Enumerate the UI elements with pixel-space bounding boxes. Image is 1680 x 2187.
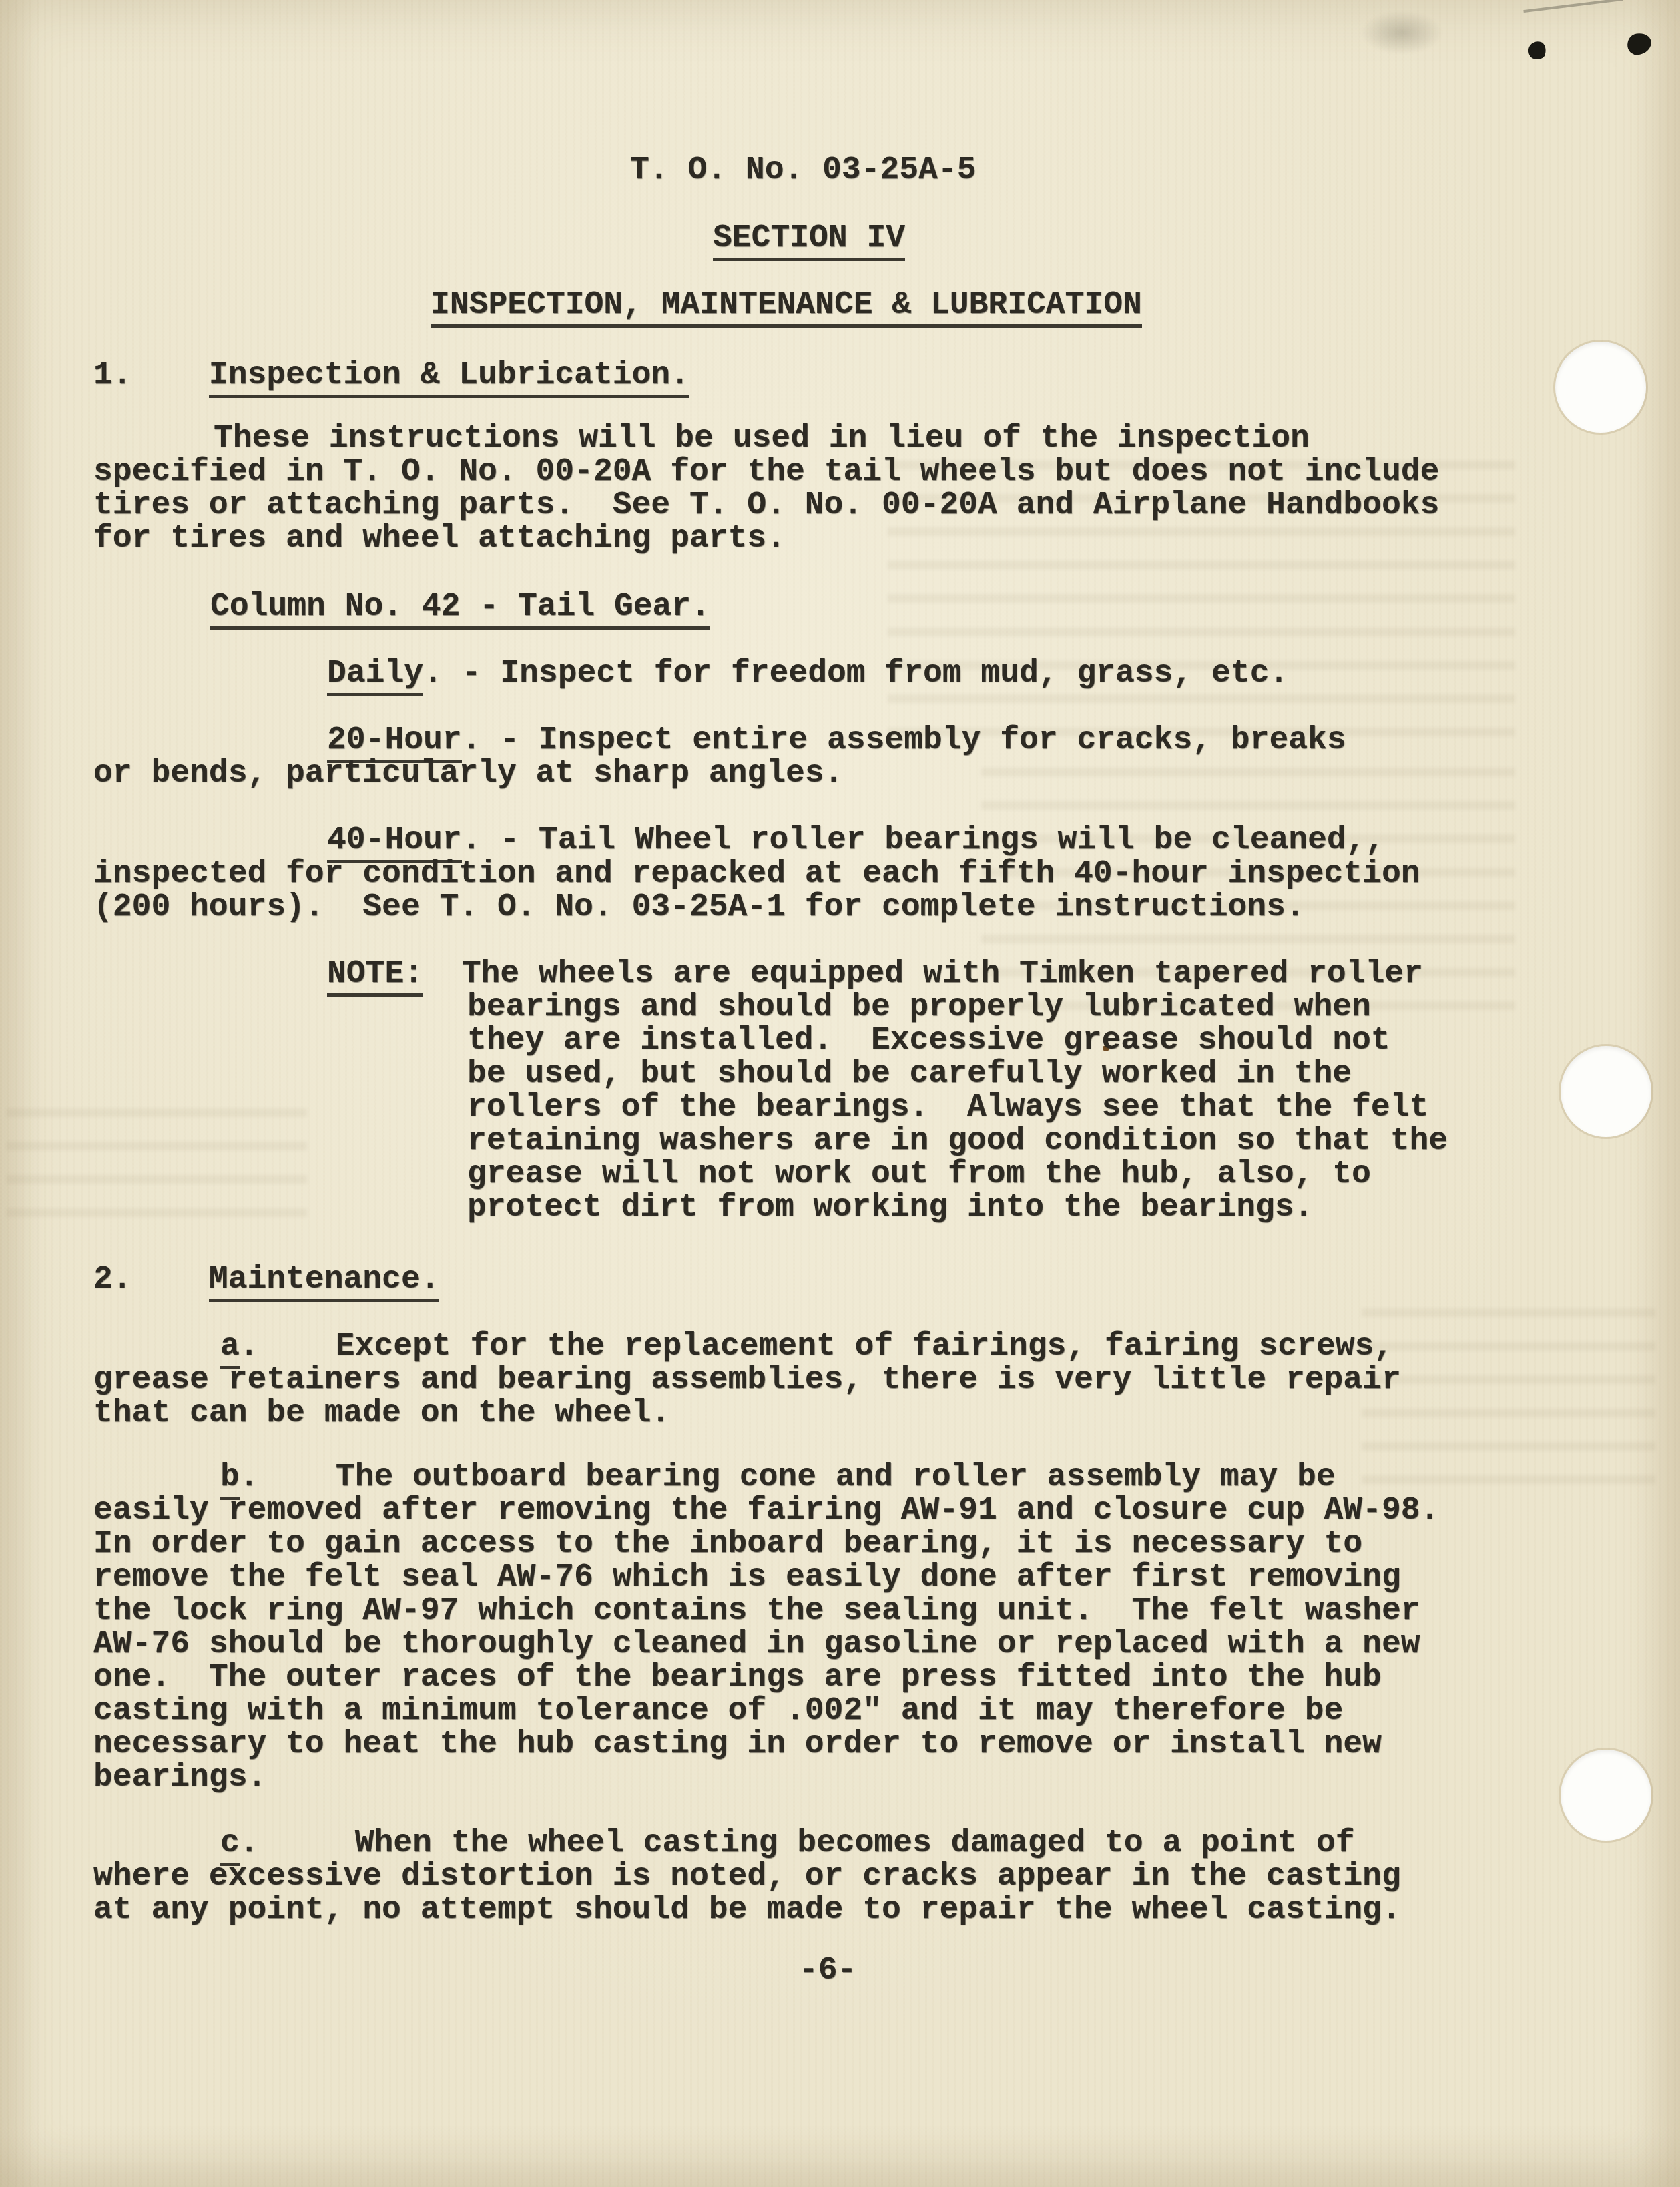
text-segment: bearings and should be properly lubricat…: [467, 989, 1371, 1025]
ink-blot: [1526, 39, 1548, 61]
ink-blot: [1626, 32, 1653, 57]
note-line-7: grease will not work out from the hub, a…: [467, 1158, 1371, 1191]
text-segment: tires or attaching parts. See T. O. No. …: [93, 487, 1439, 523]
para-b-line-6: AW-76 should be thoroughly cleaned in ga…: [93, 1628, 1420, 1661]
text-segment: bearings.: [93, 1760, 266, 1796]
page-title-text: INSPECTION, MAINTENANCE & LUBRICATION: [431, 287, 1142, 328]
pencil-smudge: [1345, 3, 1458, 63]
text-segment: protect dirt from working into the beari…: [467, 1190, 1313, 1226]
note-line-5: rollers of the bearings. Always see that…: [467, 1091, 1428, 1124]
para-b-line-7: one. The outer races of the bearings are…: [93, 1661, 1382, 1694]
text-segment: . When the wheel casting becomes damaged…: [240, 1825, 1355, 1861]
text-segment: 2.: [93, 1262, 209, 1298]
bleedthrough-texture: [7, 1088, 307, 1242]
text-segment: where excessive distortion is noted, or …: [93, 1859, 1401, 1895]
text-segment: . - Tail Wheel roller bearings will be c…: [462, 822, 1385, 859]
20-hour-item-line-1: 20-Hour. - Inspect entire assembly for c…: [327, 724, 1346, 757]
para-b-line-4: remove the felt seal AW-76 which is easi…: [93, 1561, 1401, 1594]
para-intro-line-2: specified in T. O. No. 00-20A for the ta…: [93, 455, 1439, 489]
text-segment: . - Inspect entire assembly for cracks, …: [462, 722, 1346, 758]
text-segment: AW-76 should be thoroughly cleaned in ga…: [93, 1626, 1420, 1662]
scratch-mark: [1523, 0, 1623, 13]
text-segment: Inspection & Lubrication.: [209, 357, 689, 398]
note-line-1: NOTE: The wheels are equipped with Timke…: [327, 957, 1423, 991]
text-segment: Daily: [327, 656, 423, 696]
para-c-line-3: at any point, no attempt should be made …: [93, 1893, 1401, 1927]
column-42-heading: Column No. 42 - Tail Gear.: [210, 590, 710, 624]
para-b-line-3: In order to gain access to the inboard b…: [93, 1527, 1362, 1561]
text-segment: remove the felt seal AW-76 which is easi…: [93, 1559, 1401, 1596]
para-b-line-5: the lock ring AW-97 which contains the s…: [93, 1594, 1420, 1628]
para-b-line-2: easily removed after removing the fairin…: [93, 1494, 1439, 1527]
para-intro-line-4: for tires and wheel attaching parts.: [93, 522, 786, 555]
para-b-line-8: casting with a minimum tolerance of .002…: [93, 1694, 1343, 1728]
20-hour-item-line-2: or bends, particularly at sharp angles.: [93, 757, 843, 790]
para-b-line-1: b. The outboard bearing cone and roller …: [220, 1461, 1336, 1494]
text-segment: inspected for condition and repacked at …: [93, 856, 1420, 892]
para-a-line-2: grease retainers and bearing assemblies,…: [93, 1363, 1401, 1397]
text-segment: or bends, particularly at sharp angles.: [93, 756, 843, 792]
document-number: T. O. No. 03-25A-5: [630, 154, 976, 187]
page-number: -6-: [799, 1954, 856, 1987]
para-intro-line-1: These instructions will be used in lieu …: [214, 422, 1310, 455]
para-b-line-9: necessary to heat the hub casting in ord…: [93, 1728, 1382, 1761]
note-line-8: protect dirt from working into the beari…: [467, 1191, 1313, 1224]
text-segment: NOTE:: [327, 956, 423, 997]
40-hour-item-line-1: 40-Hour. - Tail Wheel roller bearings wi…: [327, 824, 1384, 857]
para-a-line-3: that can be made on the wheel.: [93, 1397, 670, 1430]
section-heading-text: SECTION IV: [713, 220, 905, 261]
40-hour-item-line-2: inspected for condition and repacked at …: [93, 857, 1420, 891]
note-line-4: be used, but should be carefully worked …: [467, 1057, 1352, 1091]
text-segment: rollers of the bearings. Always see that…: [467, 1089, 1428, 1126]
note-line-3: they are installed. Excessive grease sho…: [467, 1024, 1390, 1057]
text-segment: (200 hours). See T. O. No. 03-25A-1 for …: [93, 889, 1305, 925]
para-b-line-10: bearings.: [93, 1761, 266, 1794]
section-1-heading: 1. Inspection & Lubrication.: [93, 358, 689, 392]
note-line-2: bearings and should be properly lubricat…: [467, 991, 1371, 1024]
para-c-line-1: c. When the wheel casting becomes damage…: [220, 1827, 1354, 1860]
punch-hole: [1561, 1750, 1651, 1841]
text-segment: they are installed. Excessive grease sho…: [467, 1023, 1390, 1059]
text-segment: necessary to heat the hub casting in ord…: [93, 1726, 1382, 1762]
text-segment: grease will not work out from the hub, a…: [467, 1156, 1371, 1192]
note-line-6: retaining washers are in good condition …: [467, 1124, 1448, 1158]
text-segment: easily removed after removing the fairin…: [93, 1493, 1439, 1529]
section-heading: SECTION IV: [713, 222, 905, 255]
text-segment: one. The outer races of the bearings are…: [93, 1660, 1382, 1696]
text-segment: . The outboard bearing cone and roller a…: [240, 1459, 1336, 1495]
punch-hole: [1561, 1046, 1651, 1137]
page-title: INSPECTION, MAINTENANCE & LUBRICATION: [431, 288, 1142, 322]
text-segment: casting with a minimum tolerance of .002…: [93, 1693, 1343, 1729]
punch-hole: [1555, 342, 1646, 433]
text-segment: Column No. 42 - Tail Gear.: [210, 589, 710, 630]
text-segment: retaining washers are in good condition …: [467, 1123, 1448, 1159]
para-a-line-1: a. Except for the replacement of fairing…: [220, 1330, 1393, 1363]
section-2-heading: 2. Maintenance.: [93, 1263, 439, 1296]
scanned-document-page: T. O. No. 03-25A-5 SECTION IV INSPECTION…: [0, 0, 1680, 2187]
text-segment: that can be made on the wheel.: [93, 1395, 670, 1431]
bleedthrough-texture: [1362, 1288, 1655, 1509]
text-segment: the lock ring AW-97 which contains the s…: [93, 1593, 1420, 1629]
text-segment: . Except for the replacement of fairings…: [240, 1328, 1393, 1365]
text-segment: at any point, no attempt should be made …: [93, 1892, 1401, 1928]
text-segment: be used, but should be carefully worked …: [467, 1056, 1352, 1092]
para-c-line-2: where excessive distortion is noted, or …: [93, 1860, 1401, 1893]
text-segment: specified in T. O. No. 00-20A for the ta…: [93, 454, 1439, 490]
text-segment: for tires and wheel attaching parts.: [93, 521, 786, 557]
text-segment: Maintenance.: [209, 1262, 440, 1302]
40-hour-item-line-3: (200 hours). See T. O. No. 03-25A-1 for …: [93, 891, 1305, 924]
text-segment: The wheels are equipped with Timken tape…: [423, 956, 1423, 992]
text-segment: 1.: [93, 357, 209, 393]
text-segment: grease retainers and bearing assemblies,…: [93, 1362, 1401, 1398]
para-intro-line-3: tires or attaching parts. See T. O. No. …: [93, 489, 1439, 522]
text-segment: In order to gain access to the inboard b…: [93, 1526, 1362, 1562]
text-segment: These instructions will be used in lieu …: [214, 421, 1310, 457]
text-segment: . - Inspect for freedom from mud, grass,…: [423, 656, 1288, 692]
daily-item: Daily. - Inspect for freedom from mud, g…: [327, 657, 1288, 690]
